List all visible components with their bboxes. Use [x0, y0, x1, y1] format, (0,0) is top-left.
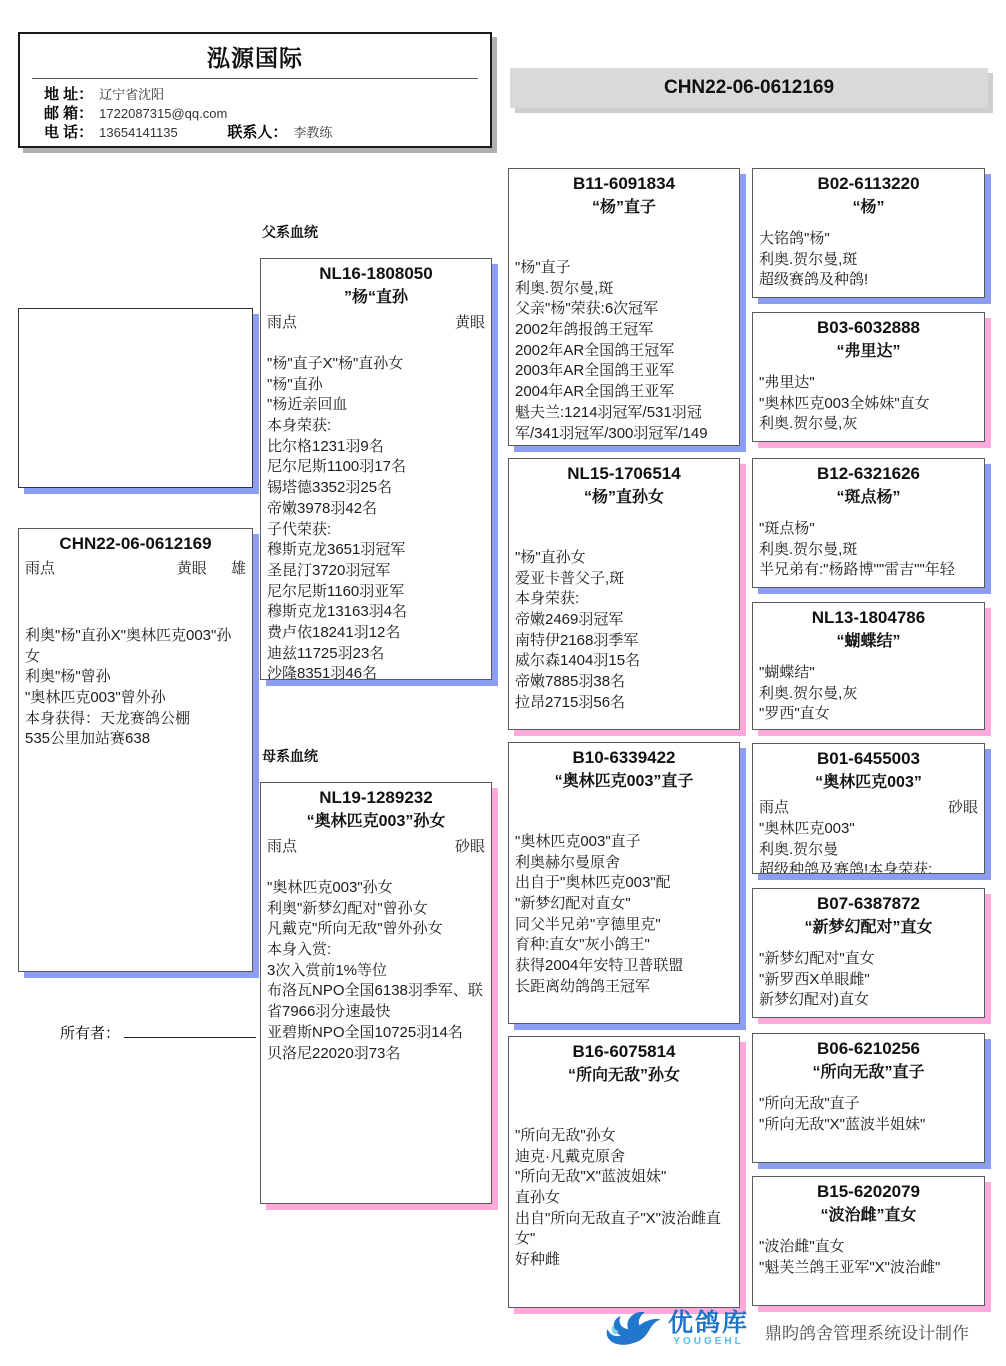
box-name: “波治雌”直女 — [759, 1204, 978, 1228]
contact-value: 李教练 — [293, 125, 332, 140]
box-ring: B11-6091834 — [515, 172, 733, 196]
box-ring: NL19-1289232 — [267, 786, 485, 810]
box-name: ”杨“直孙 — [267, 286, 485, 310]
phone-value: 13654141135 — [99, 125, 178, 140]
subject-color: 雨点 — [25, 558, 55, 580]
owner-label: 所有者： — [60, 1025, 120, 1042]
box-ring: B10-6339422 — [515, 746, 733, 770]
pedigree-box-mmm: B15-6202079 “波治雌”直女 "波治雌"直女 "魁芙兰鸽王亚军"X"波… — [752, 1176, 985, 1306]
company-header: 泓源国际 地 址：辽宁省沈阳 邮 箱：1722087315@qq.com 电 话… — [18, 32, 492, 148]
brand-subtitle: YOUGEHL — [673, 1336, 743, 1348]
address-label: 地 址： — [44, 86, 93, 103]
subject-description: 利奥"杨"直孙X"奥林匹克003"孙女 利奥"杨"曾孙 "奥林匹克003"曾外孙… — [25, 626, 246, 750]
pedigree-box-mm: B16-6075814 “所向无敌”孙女 "所向无敌"孙女 迪克·凡戴克原舍 "… — [508, 1036, 740, 1308]
pigeon-photo-placeholder — [18, 308, 253, 488]
box-name: “杨” — [759, 196, 978, 220]
pedigree-box-ff: B11-6091834 “杨”直子 "杨"直子 利奥.贺尔曼,斑 父亲"杨"荣获… — [508, 168, 740, 446]
box-body: "奥林匹克003"孙女 利奥"新梦幻配对"曾孙女 凡戴克"所向无敌"曾外孙女 本… — [267, 878, 485, 1064]
box-ring: NL15-1706514 — [515, 462, 733, 486]
box-traits: 雨点 砂眼 — [267, 836, 485, 858]
box-name: “杨”直孙女 — [515, 486, 733, 510]
box-body: 大铭鸽"杨" 利奥.贺尔曼,斑 超级赛鸽及种鸽! — [759, 229, 978, 291]
pedigree-sheet: 泓源国际 地 址：辽宁省沈阳 邮 箱：1722087315@qq.com 电 话… — [0, 0, 1006, 1366]
address-row: 地 址：辽宁省沈阳 — [30, 85, 480, 104]
box-ring: B15-6202079 — [759, 1180, 978, 1204]
box-name: “新梦幻配对”直女 — [759, 916, 978, 940]
box-ring: NL13-1804786 — [759, 606, 978, 630]
box-eye: 砂眼 — [455, 836, 485, 858]
email-label: 邮 箱： — [44, 105, 93, 122]
header-divider — [32, 78, 478, 79]
box-body: "新梦幻配对"直女 "新罗西X单眼雌" 新梦幻配对)直女 — [759, 949, 978, 1011]
owner-blank-line — [124, 1024, 256, 1038]
box-color: 雨点 — [267, 836, 297, 858]
box-body: "奥林匹克003"直子 利奥赫尔曼原舍 出自于"奥林匹克003"配 "新梦幻配对… — [515, 832, 733, 998]
pedigree-box-mff: B01-6455003 “奥林匹克003” 雨点 砂眼 "奥林匹克003" 利奥… — [752, 743, 985, 874]
pedigree-box-fmf: B12-6321626 “斑点杨” "斑点杨" 利奥.贺尔曼,斑 半兄弟有:"杨… — [752, 458, 985, 588]
owner-row: 所有者： — [60, 1022, 256, 1043]
footer: 优鸽库 YOUGEHL 鼎昀鸽舍管理系统设计制作 — [602, 1306, 969, 1352]
footer-credit: 鼎昀鸽舍管理系统设计制作 — [765, 1315, 969, 1344]
box-eye: 黄眼 — [455, 312, 485, 334]
box-body: "弗里达" "奥林匹克003全姊妹"直女 利奥.贺尔曼,灰 — [759, 373, 978, 435]
pedigree-box-mf: B10-6339422 “奥林匹克003”直子 "奥林匹克003"直子 利奥赫尔… — [508, 742, 740, 1024]
phone-row: 电 话：13654141135 联系人：李教练 — [30, 123, 480, 142]
box-body: "杨"直子 利奥.贺尔曼,斑 父亲"杨"荣获:6次冠军 2002年鸽报鸽王冠军 … — [515, 258, 733, 444]
box-ring: B12-6321626 — [759, 462, 978, 486]
box-color: 雨点 — [759, 797, 789, 819]
subject-ring: CHN22-06-0612169 — [25, 532, 246, 556]
box-traits: 雨点 黄眼 — [267, 312, 485, 334]
brand-bird-icon — [602, 1306, 662, 1352]
subject-eye-sex: 黄眼 雄 — [177, 558, 246, 580]
box-ring: NL16-1808050 — [267, 262, 485, 286]
box-body: "杨"直子X"杨"直孙女 "杨"直孙 "杨近亲回血 本身荣获: 比尔格1231羽… — [267, 354, 485, 680]
box-body: "所向无敌"孙女 迪克·凡戴克原舍 "所向无敌"X"蓝波姐妹" 直孙女 出自"所… — [515, 1126, 733, 1271]
box-traits: 雨点 砂眼 — [759, 797, 978, 819]
box-ring: B06-6210256 — [759, 1037, 978, 1061]
box-name: “所向无敌”孙女 — [515, 1064, 733, 1088]
box-name: “弗里达” — [759, 340, 978, 364]
box-body: "蝴蝶结" 利奥.贺尔曼,灰 "罗西"直女 — [759, 663, 978, 725]
box-name: “奥林匹克003” — [759, 771, 978, 795]
box-body: "斑点杨" 利奥.贺尔曼,斑 半兄弟有:"杨路博""雷吉""年轻 — [759, 519, 978, 581]
box-name: “所向无敌”直子 — [759, 1061, 978, 1085]
pedigree-box-mfm: B07-6387872 “新梦幻配对”直女 "新梦幻配对"直女 "新罗西X单眼雌… — [752, 888, 985, 1018]
subject-sex: 雄 — [231, 560, 246, 577]
phone-label: 电 话： — [44, 124, 93, 141]
contact-label: 联系人： — [227, 124, 287, 141]
ring-number-banner: CHN22-06-0612169 — [510, 68, 988, 108]
father-line-label: 父系血统 — [262, 222, 318, 242]
box-name: “杨”直子 — [515, 196, 733, 220]
box-name: “奥林匹克003”孙女 — [267, 810, 485, 834]
email-row: 邮 箱：1722087315@qq.com — [30, 104, 480, 123]
box-body: "奥林匹克003" 利奥.贺尔曼 超级种鸽及赛鸽!本身荣获: — [759, 819, 978, 874]
box-body: "波治雌"直女 "魁芙兰鸽王亚军"X"波治雌" — [759, 1237, 978, 1278]
pedigree-box-father: NL16-1808050 ”杨“直孙 雨点 黄眼 "杨"直子X"杨"直孙女 "杨… — [260, 258, 492, 680]
box-ring: B03-6032888 — [759, 316, 978, 340]
subject-box: CHN22-06-0612169 雨点 黄眼 雄 利奥"杨"直孙X"奥林匹克00… — [18, 528, 253, 972]
box-ring: B07-6387872 — [759, 892, 978, 916]
pedigree-box-mother: NL19-1289232 “奥林匹克003”孙女 雨点 砂眼 "奥林匹克003"… — [260, 782, 492, 1204]
brand-text: 优鸽库 YOUGEHL — [668, 1310, 749, 1348]
box-ring: B01-6455003 — [759, 747, 978, 771]
box-eye: 砂眼 — [948, 797, 978, 819]
box-name: “奥林匹克003”直子 — [515, 770, 733, 794]
address-value: 辽宁省沈阳 — [99, 87, 164, 102]
subject-traits: 雨点 黄眼 雄 — [25, 558, 246, 580]
pedigree-box-ffm: B03-6032888 “弗里达” "弗里达" "奥林匹克003全姊妹"直女 利… — [752, 312, 985, 442]
pedigree-box-fmm: NL13-1804786 “蝴蝶结” "蝴蝶结" 利奥.贺尔曼,灰 "罗西"直女 — [752, 602, 985, 730]
brand-name: 优鸽库 — [668, 1310, 749, 1336]
email-value: 1722087315@qq.com — [99, 106, 227, 121]
pedigree-box-mmf: B06-6210256 “所向无敌”直子 "所向无敌"直子 "所向无敌"X"蓝波… — [752, 1033, 985, 1163]
box-body: "杨"直孙女 爱亚卡普父子,斑 本身荣获: 帝嫩2469羽冠军 南特伊2168羽… — [515, 548, 733, 714]
pedigree-box-fm: NL15-1706514 “杨”直孙女 "杨"直孙女 爱亚卡普父子,斑 本身荣获… — [508, 458, 740, 730]
box-name: “斑点杨” — [759, 486, 978, 510]
box-body: "所向无敌"直子 "所向无敌"X"蓝波半姐妹" — [759, 1094, 978, 1135]
subject-eye: 黄眼 — [177, 560, 207, 577]
pedigree-box-fff: B02-6113220 “杨” 大铭鸽"杨" 利奥.贺尔曼,斑 超级赛鸽及种鸽! — [752, 168, 985, 298]
company-title: 泓源国际 — [30, 40, 480, 73]
box-ring: B16-6075814 — [515, 1040, 733, 1064]
box-ring: B02-6113220 — [759, 172, 978, 196]
box-name: “蝴蝶结” — [759, 630, 978, 654]
mother-line-label: 母系血统 — [262, 746, 318, 766]
box-color: 雨点 — [267, 312, 297, 334]
